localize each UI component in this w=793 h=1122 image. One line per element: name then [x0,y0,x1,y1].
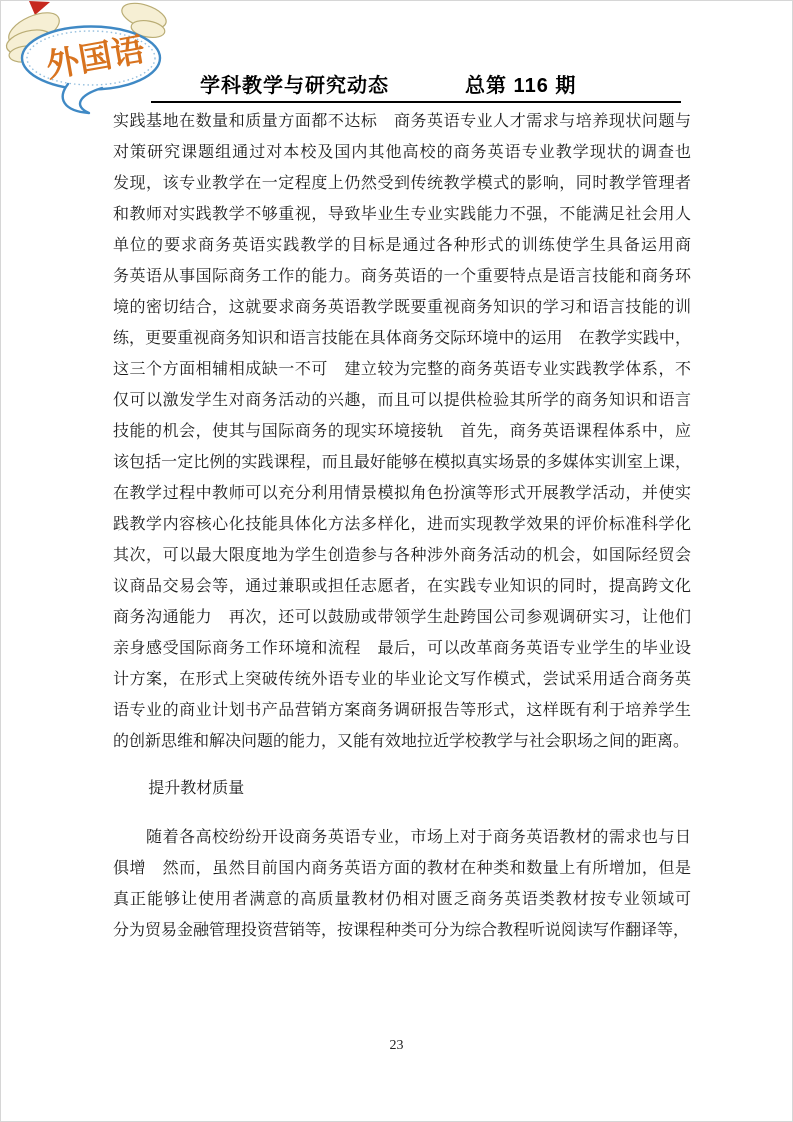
text-line: 其次，可以最大限度地为学生创造参与各种涉外商务活动的机会，如国际经贸会 [113,540,691,571]
text-line: 计方案，在形式上突破传统外语专业的毕业论文写作模式，尝试采用适合商务英 [113,664,691,695]
text-line: 随着各高校纷纷开设商务英语专业，市场上对于商务英语教材的需求也与日 [113,822,691,853]
text-line: 和教师对实践教学不够重视，导致毕业生专业实践能力不强，不能满足社会用人 [113,199,691,230]
text-line: 语专业的商业计划书产品营销方案商务调研报告等形式，这样既有利于培养学生 [113,695,691,726]
paragraph-2: 随着各高校纷纷开设商务英语专业，市场上对于商务英语教材的需求也与日俱增 然而，虽… [113,822,691,946]
text-line: 议商品交易会等，通过兼职或担任志愿者，在实践专业知识的同时，提高跨文化 [113,571,691,602]
text-line: 分为贸易金融管理投资营销等，按课程种类可分为综合教程听说阅读写作翻译等， [113,915,691,946]
page-body: 实践基地在数量和质量方面都不达标 商务英语专业人才需求与培养现状问题与对策研究课… [113,106,691,946]
text-line: 俱增 然而，虽然目前国内商务英语方面的教材在种类和数量上有所增加，但是 [113,853,691,884]
text-line: 亲身感受国际商务工作环境和流程 最后，可以改革商务英语专业学生的毕业设 [113,633,691,664]
header-divider [151,101,681,103]
text-line: 务英语从事国际商务工作的能力。商务英语的一个重要特点是语言技能和商务环 [113,261,691,292]
text-line: 仅可以激发学生对商务活动的兴趣，而且可以提供检验其所学的商务知识和语言 [113,385,691,416]
text-line: 真正能够让使用者满意的高质量教材仍相对匮乏商务英语类教材按专业领域可 [113,884,691,915]
text-line: 对策研究课题组通过对本校及国内其他高校的商务英语专业教学现状的调查也 [113,137,691,168]
text-line: 发现，该专业教学在一定程度上仍然受到传统教学模式的影响，同时教学管理者 [113,168,691,199]
text-line: 的创新思维和解决问题的能力，又能有效地拉近学校教学与社会职场之间的距离。 [113,726,691,757]
text-line: 练，更要重视商务知识和语言技能在具体商务交际环境中的运用 在教学实践中， [113,323,691,354]
journal-title: 学科教学与研究动态 [200,69,389,98]
page-number: 23 [1,1038,792,1054]
issue-number: 总第 116 期 [465,69,576,98]
text-line: 实践基地在数量和质量方面都不达标 商务英语专业人才需求与培养现状问题与 [113,106,691,137]
text-line: 商务沟通能力 再次，还可以鼓励或带领学生赴跨国公司参观调研实习，让他们 [113,602,691,633]
paragraph-1: 实践基地在数量和质量方面都不达标 商务英语专业人才需求与培养现状问题与对策研究课… [113,106,691,757]
document-page: 外国语 学科教学与研究动态 总第 116 期 实践基地在数量和质量方面都不达标 … [0,0,793,1122]
section-heading: 提升教材质量 [113,773,691,804]
text-line: 境的密切结合，这就要求商务英语教学既要重视商务知识的学习和语言技能的训 [113,292,691,323]
text-line: 践教学内容核心化技能具体化方法多样化，进而实现教学效果的评价标准科学化 [113,509,691,540]
text-line: 该包括一定比例的实践课程，而且最好能够在模拟真实场景的多媒体实训室上课， [113,447,691,478]
text-line: 单位的要求商务英语实践教学的目标是通过各种形式的训练使学生具备运用商 [113,230,691,261]
text-line: 这三个方面相辅相成缺一不可 建立较为完整的商务英语专业实践教学体系，不 [113,354,691,385]
text-line: 在教学过程中教师可以充分利用情景模拟角色扮演等形式开展教学活动，并使实 [113,478,691,509]
text-line: 技能的机会，使其与国际商务的现实环境接轨 首先，商务英语课程体系中，应 [113,416,691,447]
journal-logo: 外国语 [4,1,184,123]
